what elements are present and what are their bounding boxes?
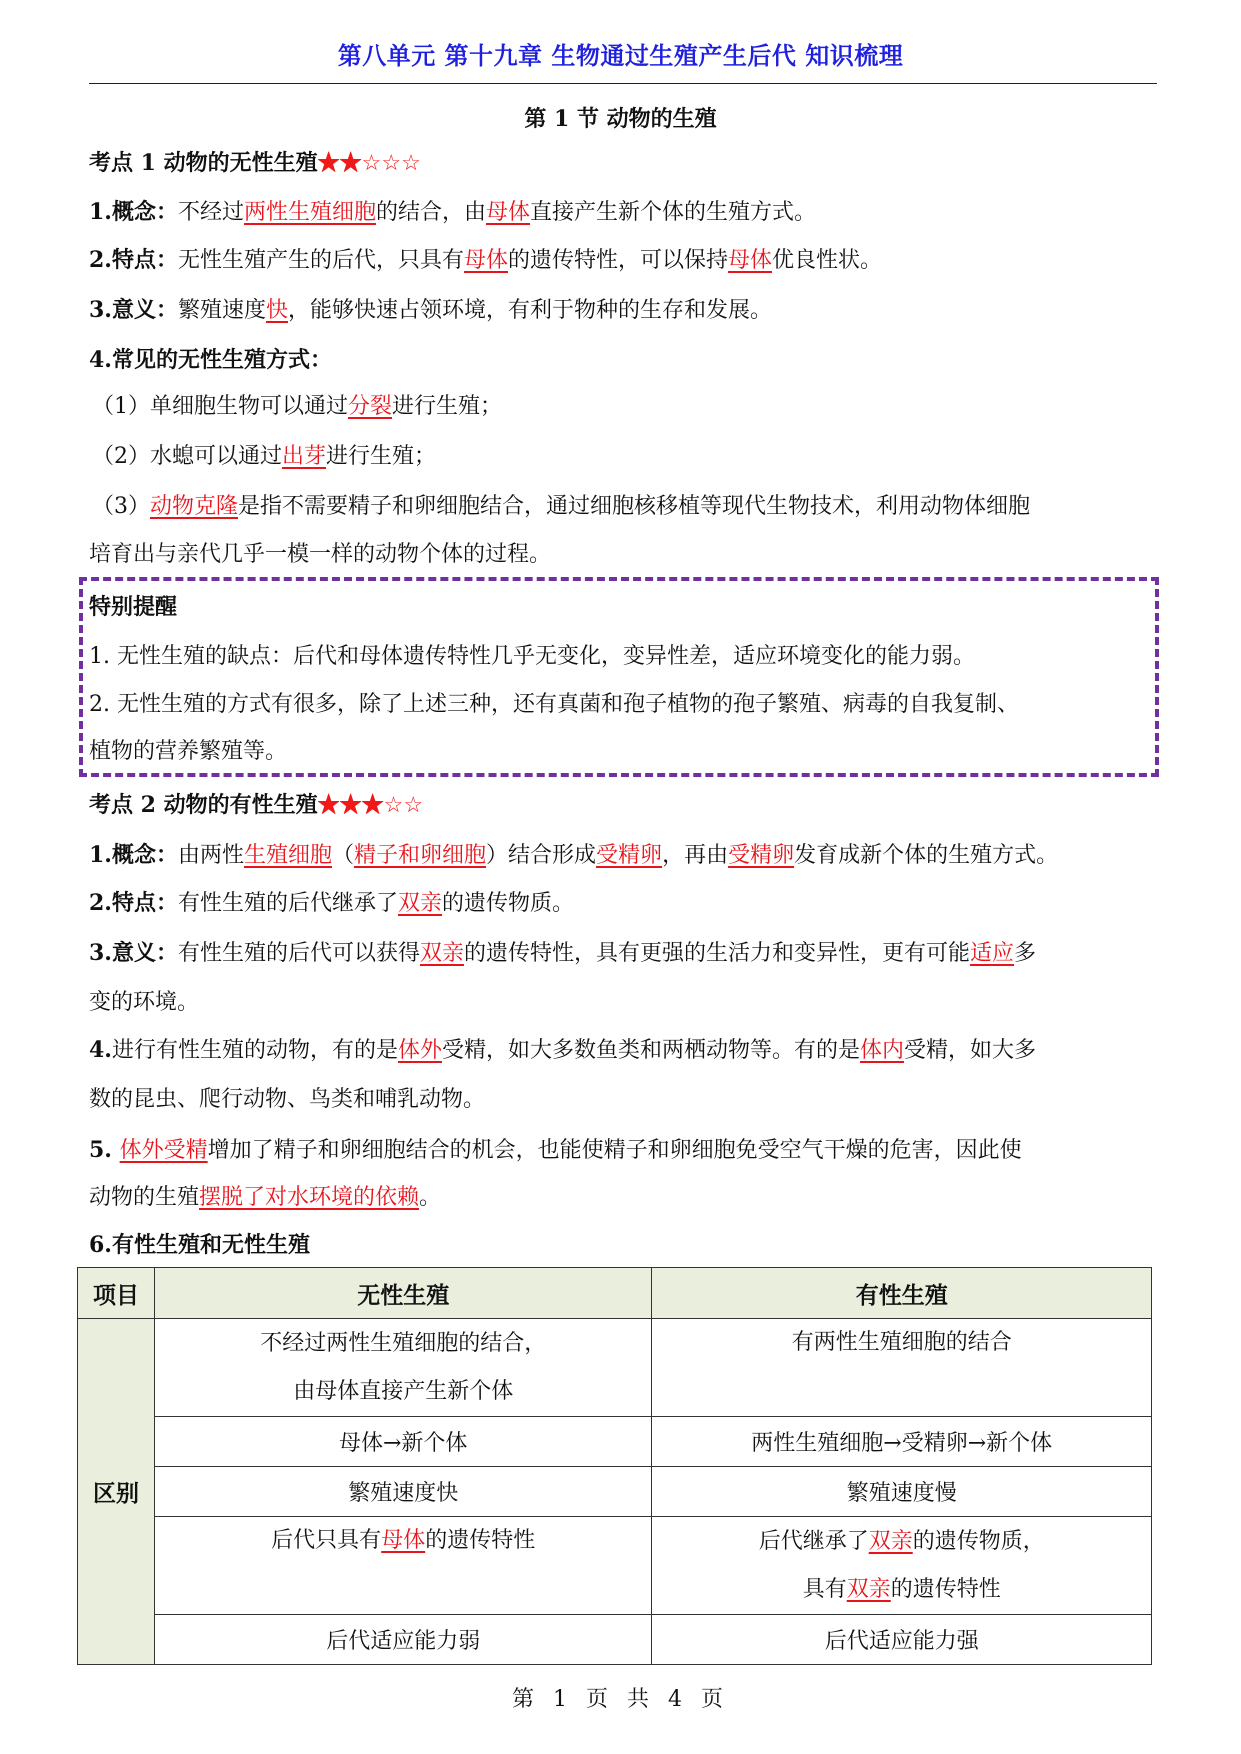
text: 进行生殖； xyxy=(326,444,436,469)
text: 的遗传物质。 xyxy=(442,891,574,916)
reminder-title: 特别提醒 xyxy=(89,592,177,622)
topic2-concept: 1.概念：由两性生殖细胞（精子和卵细胞）结合形成受精卵，再由受精卵发育成新个体的… xyxy=(89,840,1058,871)
text: 无性生殖产生的后代，只具有 xyxy=(178,248,464,273)
text: 的结合，由 xyxy=(376,200,486,225)
text: 是指不需要精子和卵细胞结合，通过细胞核移植等现代生物技术，利用动物体细胞 xyxy=(238,494,1030,519)
key-term: 双亲 xyxy=(420,941,464,966)
star-rating-filled-icon: ★★★ xyxy=(318,792,384,818)
text: 的遗传物质， xyxy=(913,1529,1045,1554)
topic2-external-fertilization-continued: 动物的生殖摆脱了对水环境的依赖。 xyxy=(89,1183,441,1213)
star-rating-empty-icon: ☆☆ xyxy=(384,793,423,818)
page-number: 第 1 页 共 4 页 xyxy=(0,1682,1241,1713)
comparison-table: 项目 无性生殖 有性生殖 区别 不经过两性生殖细胞的结合， 由母体直接产生新个体… xyxy=(77,1267,1152,1665)
text: 后代只具有 xyxy=(271,1528,381,1553)
text: （1）单细胞生物可以通过 xyxy=(92,394,348,419)
key-term: 精子和卵细胞 xyxy=(354,843,486,868)
label: 5. xyxy=(89,1137,120,1163)
text: ，再由 xyxy=(662,843,728,868)
text: 有性生殖的后代继承了 xyxy=(178,891,398,916)
table-cell: 繁殖速度快 xyxy=(154,1467,652,1517)
table-row: 繁殖速度快 繁殖速度慢 xyxy=(78,1467,1152,1517)
text: 有性生殖的后代可以获得 xyxy=(178,941,420,966)
topic1-feature: 2.特点：无性生殖产生的后代，只具有母体的遗传特性，可以保持母体优良性状。 xyxy=(89,245,882,276)
table-cell: 后代只具有母体的遗传特性 xyxy=(154,1517,652,1615)
table-row: 后代适应能力弱 后代适应能力强 xyxy=(78,1615,1152,1665)
text: 由两性 xyxy=(178,843,244,868)
label: 3.意义： xyxy=(89,297,178,323)
table-cell: 有两性生殖细胞的结合 xyxy=(652,1319,1152,1417)
topic2-fertilization-continued: 数的昆虫、爬行动物、鸟类和哺乳动物。 xyxy=(89,1085,485,1115)
key-term: 双亲 xyxy=(398,891,442,916)
key-term: 双亲 xyxy=(869,1529,913,1554)
key-term: 体外 xyxy=(398,1038,442,1063)
table-cell: 后代适应能力弱 xyxy=(154,1615,652,1665)
key-term: 生殖细胞 xyxy=(244,843,332,868)
table-row: 母体→新个体 两性生殖细胞→受精卵→新个体 xyxy=(78,1417,1152,1467)
section-title: 第 1 节 动物的生殖 xyxy=(0,102,1241,133)
topic1-concept: 1.概念：不经过两性生殖细胞的结合，由母体直接产生新个体的生殖方式。 xyxy=(89,197,816,228)
text: 的遗传特性 xyxy=(891,1577,1001,1602)
column-header: 有性生殖 xyxy=(652,1268,1152,1319)
cell-text: 由母体直接产生新个体 xyxy=(155,1368,652,1416)
method-item-2: （2）水螅可以通过出芽进行生殖； xyxy=(92,442,436,472)
column-header: 无性生殖 xyxy=(154,1268,652,1319)
topic1-heading: 考点 1 动物的无性生殖★★☆☆☆ xyxy=(89,148,421,179)
table-row: 后代只具有母体的遗传特性 后代继承了双亲的遗传物质， 具有双亲的遗传特性 xyxy=(78,1517,1152,1615)
key-term: 母体 xyxy=(486,200,530,225)
method-item-1: （1）单细胞生物可以通过分裂进行生殖； xyxy=(92,392,502,422)
table-cell: 两性生殖细胞→受精卵→新个体 xyxy=(652,1417,1152,1467)
text: ）结合形成 xyxy=(486,843,596,868)
reminder-line-2-continued: 植物的营养繁殖等。 xyxy=(89,737,287,767)
label: 4. xyxy=(89,1037,112,1063)
text: 动物的生殖 xyxy=(89,1185,199,1210)
table-cell: 不经过两性生殖细胞的结合， 由母体直接产生新个体 xyxy=(154,1319,652,1417)
table-row: 区别 不经过两性生殖细胞的结合， 由母体直接产生新个体 有两性生殖细胞的结合 xyxy=(78,1319,1152,1417)
text: 的遗传特性，可以保持 xyxy=(508,248,728,273)
key-term: 两性生殖细胞 xyxy=(244,200,376,225)
key-term: 适应 xyxy=(970,941,1014,966)
topic1-heading-text: 考点 1 动物的无性生殖 xyxy=(89,150,318,176)
text: 优良性状。 xyxy=(772,248,882,273)
text: 进行生殖； xyxy=(392,394,502,419)
method-item-3-continued: 培育出与亲代几乎一模一样的动物个体的过程。 xyxy=(89,540,551,570)
text: 增加了精子和卵细胞结合的机会，也能使精子和卵细胞免受空气干燥的危害，因此使 xyxy=(208,1138,1022,1163)
text: （3） xyxy=(92,494,150,519)
key-term: 体外受精 xyxy=(120,1138,208,1163)
text: （2）水螅可以通过 xyxy=(92,444,282,469)
text: 受精，如大多数鱼类和两栖动物等。有的是 xyxy=(442,1038,860,1063)
topic2-heading-text: 考点 2 动物的有性生殖 xyxy=(89,792,318,818)
row-header-difference: 区别 xyxy=(78,1319,155,1665)
key-term: 动物克隆 xyxy=(150,494,238,519)
comparison-label: 6.有性生殖和无性生殖 xyxy=(89,1230,310,1260)
key-term: 母体 xyxy=(381,1528,425,1553)
text: 多 xyxy=(1014,941,1036,966)
table-header-row: 项目 无性生殖 有性生殖 xyxy=(78,1268,1152,1319)
key-term: 母体 xyxy=(464,248,508,273)
text: 繁殖速度 xyxy=(178,298,266,323)
text: 直接产生新个体的生殖方式。 xyxy=(530,200,816,225)
topic2-fertilization: 4.进行有性生殖的动物，有的是体外受精，如大多数鱼类和两栖动物等。有的是体内受精… xyxy=(89,1035,1036,1066)
cell-text: 具有双亲的遗传特性 xyxy=(652,1566,1151,1614)
text: 的遗传特性 xyxy=(425,1528,535,1553)
cell-text: 后代继承了双亲的遗传物质， xyxy=(652,1518,1151,1566)
table-cell: 母体→新个体 xyxy=(154,1417,652,1467)
label: 3.意义： xyxy=(89,940,178,966)
text: （ xyxy=(332,843,354,868)
cell-text: 后代只具有母体的遗传特性 xyxy=(155,1517,652,1565)
text: 受精，如大多 xyxy=(904,1038,1036,1063)
document-header-title: 第八单元 第十九章 生物通过生殖产生后代 知识梳理 xyxy=(0,36,1241,71)
key-term: 受精卵 xyxy=(728,843,794,868)
label: 2.特点： xyxy=(89,890,178,916)
key-term: 双亲 xyxy=(847,1577,891,1602)
reminder-line-1: 1. 无性生殖的缺点：后代和母体遗传特性几乎无变化，变异性差，适应环境变化的能力… xyxy=(89,642,975,672)
topic2-heading: 考点 2 动物的有性生殖★★★☆☆ xyxy=(89,790,423,821)
cell-text: 有两性生殖细胞的结合 xyxy=(652,1319,1151,1367)
table-cell: 后代适应能力强 xyxy=(652,1615,1152,1665)
header-divider xyxy=(89,83,1157,84)
topic2-meaning: 3.意义：有性生殖的后代可以获得双亲的遗传特性，具有更强的生活力和变异性，更有可… xyxy=(89,938,1036,969)
star-rating-filled-icon: ★★ xyxy=(318,150,362,176)
label: 1.概念： xyxy=(89,842,178,868)
text: 进行有性生殖的动物，有的是 xyxy=(112,1038,398,1063)
key-term: 体内 xyxy=(860,1038,904,1063)
method-item-3: （3）动物克隆是指不需要精子和卵细胞结合，通过细胞核移植等现代生物技术，利用动物… xyxy=(92,492,1030,522)
cell-text: 不经过两性生殖细胞的结合， xyxy=(155,1320,652,1368)
text: 发育成新个体的生殖方式。 xyxy=(794,843,1058,868)
topic1-meaning: 3.意义：繁殖速度快，能够快速占领环境，有利于物种的生存和发展。 xyxy=(89,295,772,326)
topic1-methods-label: 4.常见的无性生殖方式： xyxy=(89,345,332,375)
text: 具有 xyxy=(803,1577,847,1602)
key-term: 摆脱了对水环境的依赖 xyxy=(199,1185,419,1210)
column-header: 项目 xyxy=(78,1268,155,1319)
table-cell: 繁殖速度慢 xyxy=(652,1467,1152,1517)
key-term: 出芽 xyxy=(282,444,326,469)
reminder-line-2: 2. 无性生殖的方式有很多，除了上述三种，还有真菌和孢子植物的孢子繁殖、病毒的自… xyxy=(89,690,1019,720)
topic2-external-fertilization: 5. 体外受精增加了精子和卵细胞结合的机会，也能使精子和卵细胞免受空气干燥的危害… xyxy=(89,1135,1022,1166)
key-term: 母体 xyxy=(728,248,772,273)
star-rating-empty-icon: ☆☆☆ xyxy=(362,151,421,176)
label: 2.特点： xyxy=(89,247,178,273)
label: 1.概念： xyxy=(89,199,178,225)
text: 。 xyxy=(419,1185,441,1210)
table-cell: 后代继承了双亲的遗传物质， 具有双亲的遗传特性 xyxy=(652,1517,1152,1615)
text: 不经过 xyxy=(178,200,244,225)
key-term: 快 xyxy=(266,298,288,323)
key-term: 受精卵 xyxy=(596,843,662,868)
key-term: 分裂 xyxy=(348,394,392,419)
topic2-feature: 2.特点：有性生殖的后代继承了双亲的遗传物质。 xyxy=(89,888,574,919)
topic2-meaning-continued: 变的环境。 xyxy=(89,988,199,1018)
text: 后代继承了 xyxy=(759,1529,869,1554)
text: ，能够快速占领环境，有利于物种的生存和发展。 xyxy=(288,298,772,323)
text: 的遗传特性，具有更强的生活力和变异性，更有可能 xyxy=(464,941,970,966)
